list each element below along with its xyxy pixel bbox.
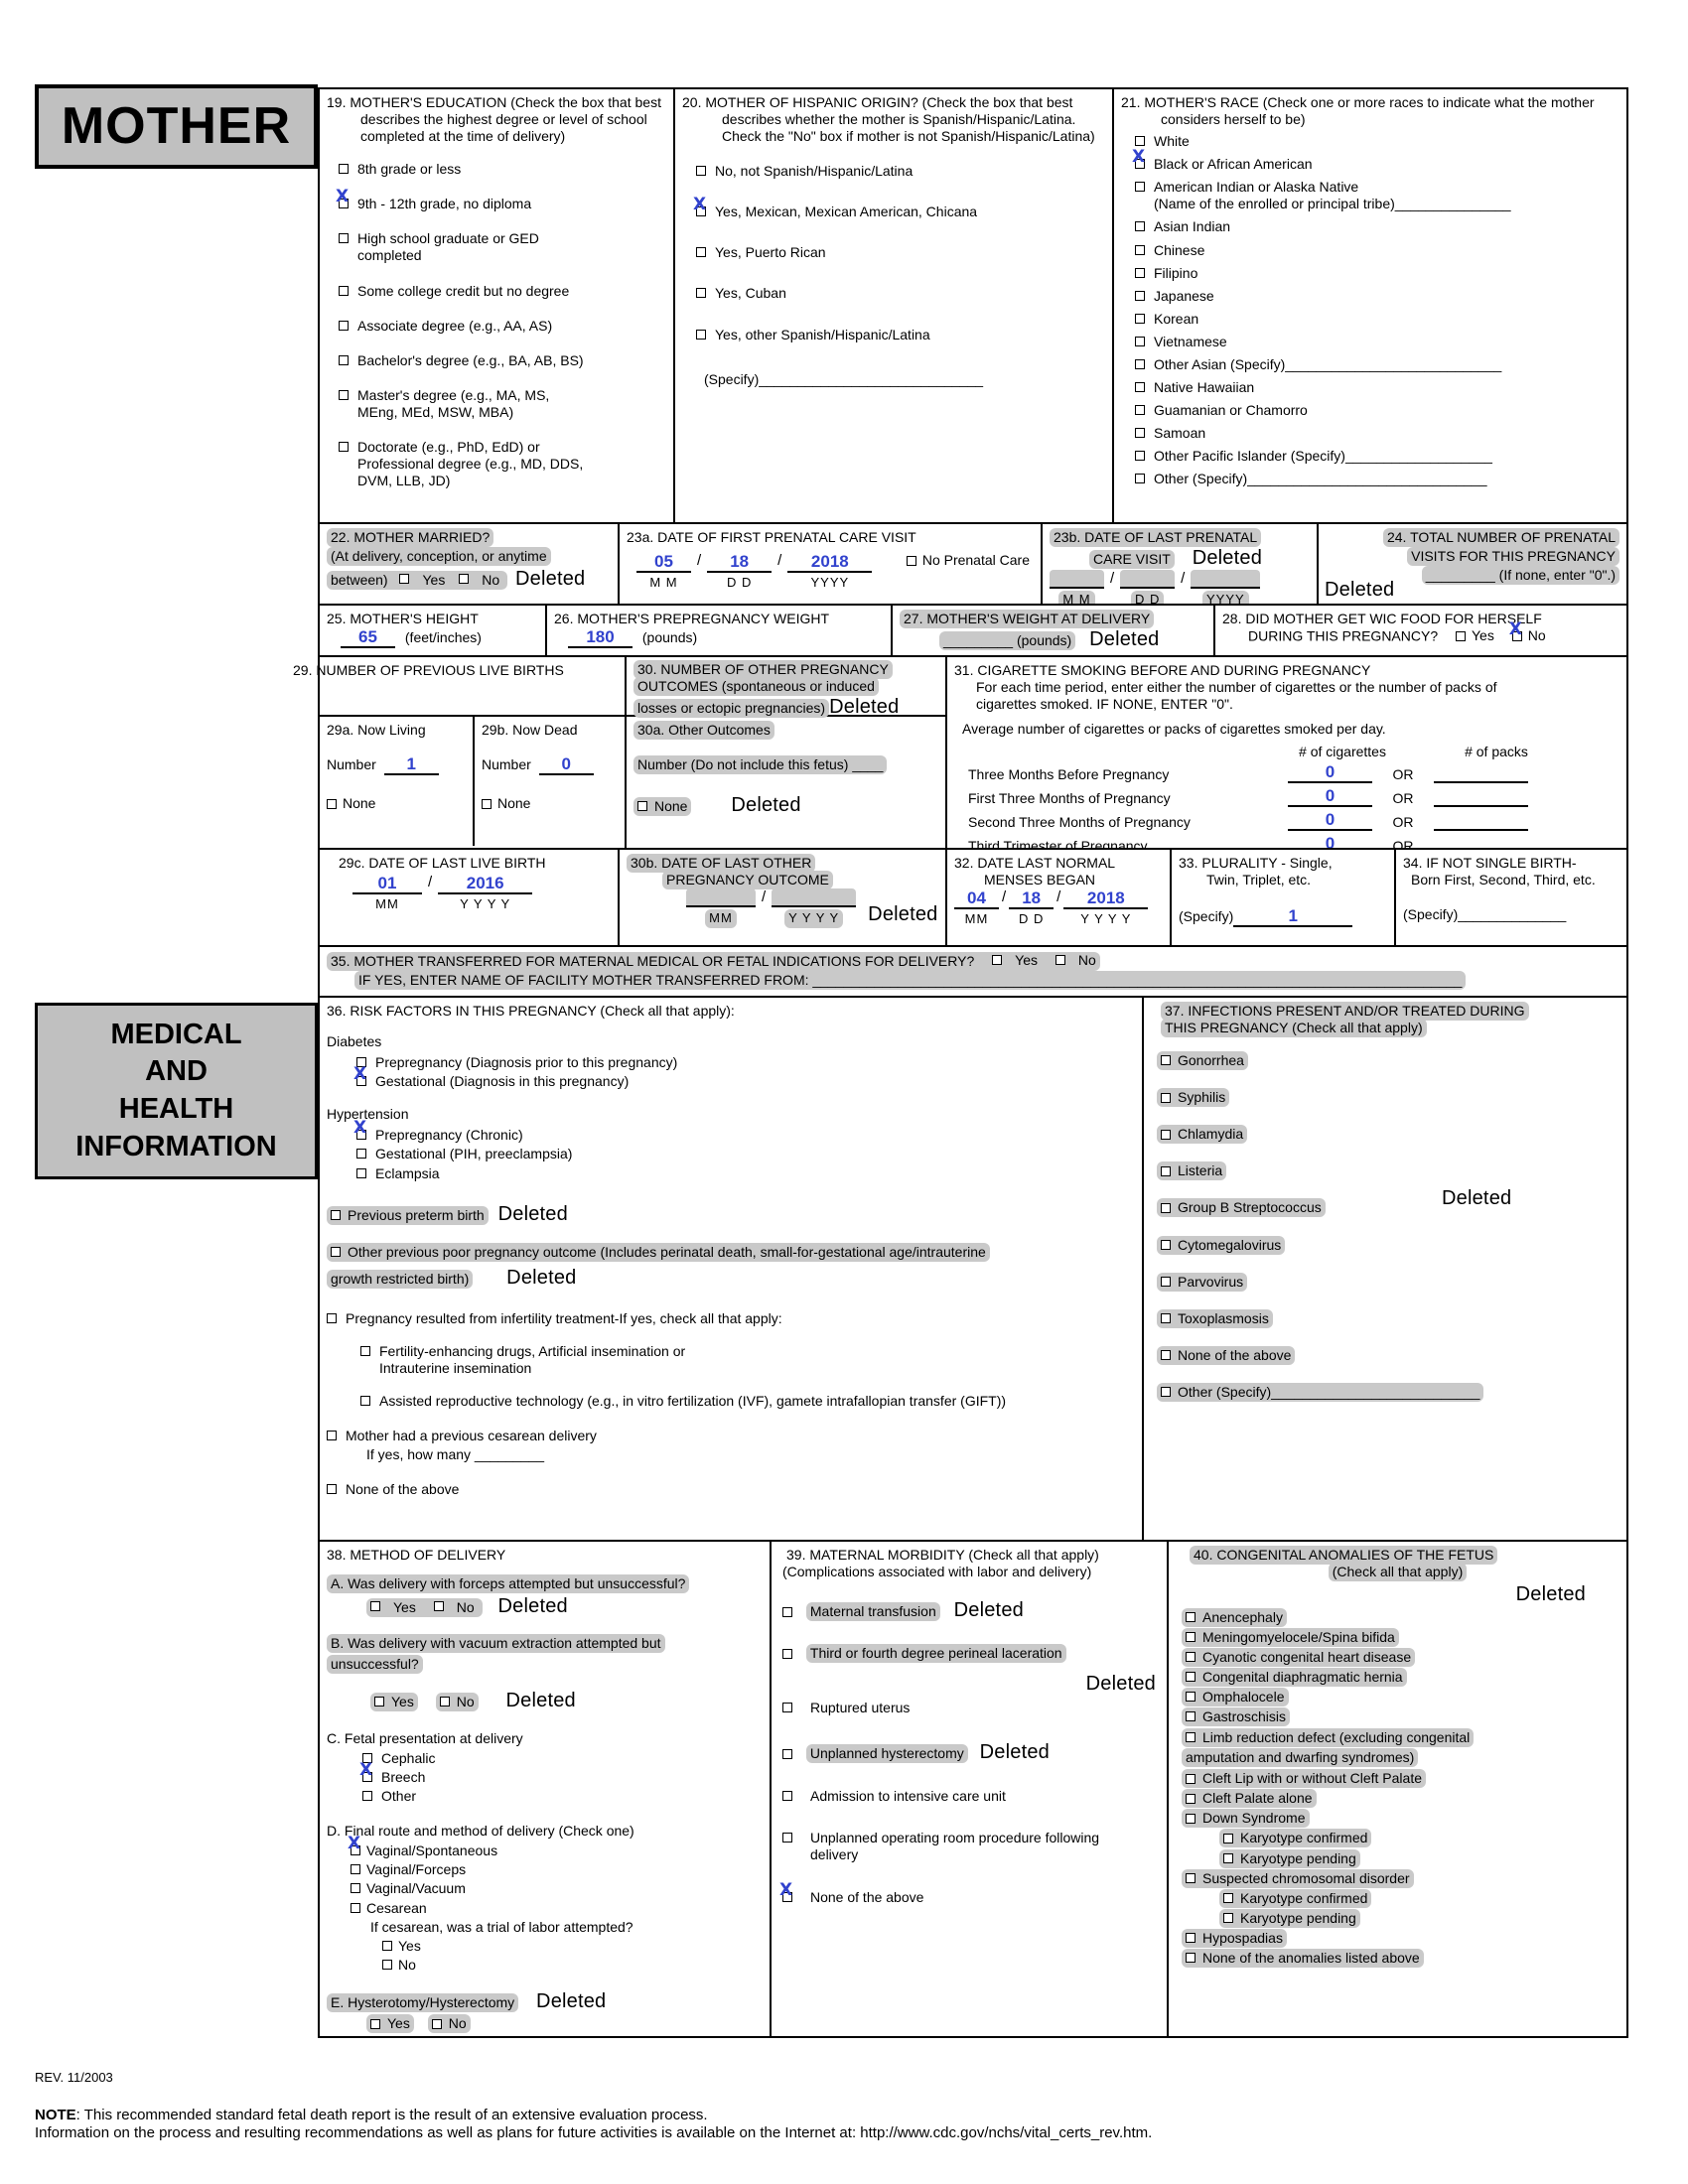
- option-vaginal-forceps: Vaginal/Forceps: [351, 1861, 763, 1878]
- checkbox-down-karyotype-pending[interactable]: [1223, 1853, 1233, 1863]
- checkbox-korean[interactable]: [1135, 314, 1145, 324]
- option-anomalies-none[interactable]: None of the anomalies listed above: [1182, 1949, 1424, 1968]
- checkbox-vacuum-yes[interactable]: [374, 1697, 384, 1706]
- section-28-title: 28. DID MOTHER GET WIC FOOD FOR HERSELF: [1222, 611, 1619, 627]
- checkbox-forceps-no[interactable]: [434, 1601, 444, 1611]
- option-limb-reduction[interactable]: Limb reduction defect (excluding congeni…: [1182, 1728, 1474, 1767]
- checkbox-breech-checked[interactable]: X: [362, 1772, 372, 1782]
- month-field[interactable]: [1050, 570, 1104, 589]
- checkbox-infertility-treatment[interactable]: [327, 1313, 337, 1323]
- checkbox-cuban[interactable]: [696, 288, 706, 298]
- deleted-annotation: Deleted: [506, 1690, 576, 1711]
- option-ruptured-uterus: Ruptured uterus: [782, 1700, 1160, 1716]
- section-25-title: 25. MOTHER'S HEIGHT: [327, 611, 538, 627]
- revision-label: REV. 11/2003: [35, 2070, 113, 2086]
- checkbox-forceps-yes[interactable]: [370, 1601, 380, 1611]
- option-morbidity-none: X None of the above: [782, 1889, 1160, 1906]
- checkbox-down-syndrome[interactable]: [1186, 1814, 1196, 1824]
- check-x-icon: X: [1132, 149, 1145, 166]
- deleted-annotation: Deleted: [778, 1672, 1160, 1696]
- checkbox-white[interactable]: [1135, 136, 1145, 146]
- checkbox-previous-preterm[interactable]: [331, 1210, 341, 1220]
- deleted-annotation: Deleted: [731, 794, 800, 816]
- option-cuban: Yes, Cuban: [696, 285, 1105, 302]
- month-field[interactable]: 04: [954, 888, 999, 909]
- option-doctorate: Doctorate (e.g., PhD, EdD) or Profession…: [339, 439, 666, 489]
- section-32-last-menses: 32. DATE LAST NORMAL MENSES BEGAN 04 MM …: [945, 848, 1172, 947]
- checkbox-unplanned-hysterectomy[interactable]: [782, 1749, 792, 1759]
- checkbox-not-hispanic[interactable]: [696, 166, 706, 176]
- option-unplanned-hysterectomy: Unplanned hysterectomy: [806, 1744, 968, 1763]
- cigarettes-first-field[interactable]: 0: [1288, 786, 1372, 807]
- fetal-death-report-form: MOTHER 19. MOTHER'S EDUCATION (Check the…: [0, 0, 1688, 2184]
- col-header-cigarettes: # of cigarettes: [1288, 744, 1397, 760]
- forceps-yn: Yes No: [366, 1598, 483, 1617]
- section-34-title: 34. IF NOT SINGLE BIRTH-: [1403, 855, 1619, 872]
- option-down-karyotype-pending[interactable]: Karyotype pending: [1219, 1849, 1360, 1868]
- checkbox-chinese[interactable]: [1135, 245, 1145, 255]
- check-x-icon: X: [348, 1836, 360, 1852]
- section-22-mother-married: 22. MOTHER MARRIED? (At delivery, concep…: [318, 522, 620, 606]
- checkbox-cleft-palate[interactable]: [1186, 1794, 1196, 1804]
- checkbox-married-yes[interactable]: [399, 574, 409, 584]
- outcome-month: MM: [686, 888, 756, 928]
- option-assisted-reproductive: Assisted reproductive technology (e.g., …: [360, 1393, 1135, 1410]
- married-yes-option[interactable]: Yes: [399, 572, 445, 589]
- checkbox-gonorrhea[interactable]: [1161, 1055, 1171, 1065]
- option-chromosomal-karyotype-pending[interactable]: Karyotype pending: [1219, 1909, 1360, 1928]
- option-associate-degree: Associate degree (e.g., AA, AS): [339, 318, 666, 335]
- checkbox-trial-no[interactable]: [382, 1960, 392, 1970]
- other-outcomes-number-field[interactable]: Number (Do not include this fetus) ____: [633, 755, 887, 774]
- checkbox-associate-degree[interactable]: [339, 321, 349, 331]
- checkbox-other-outcomes-none[interactable]: [637, 801, 647, 811]
- option-gastroschisis[interactable]: Gastroschisis: [1182, 1707, 1290, 1726]
- deleted-annotation: Deleted: [1176, 1582, 1619, 1606]
- option-infection-none[interactable]: None of the above: [1157, 1346, 1295, 1365]
- section-22-title: 22. MOTHER MARRIED?: [327, 528, 493, 547]
- trial-of-labor-question: If cesarean, was a trial of labor attemp…: [370, 1919, 763, 1936]
- section-23b-last-prenatal-visit: 23b. DATE OF LAST PRENATAL CARE VISIT De…: [1041, 522, 1319, 606]
- option-vaginal-vacuum: Vaginal/Vacuum: [351, 1880, 763, 1897]
- option-race-black: X Black or African American: [1135, 156, 1619, 173]
- wic-yes-option[interactable]: Yes: [1456, 627, 1494, 644]
- section-36-title: 36. RISK FACTORS IN THIS PREGNANCY (Chec…: [327, 1003, 1135, 1020]
- first-visit-month: 05 M M: [636, 552, 691, 591]
- day-field[interactable]: 18: [707, 552, 772, 573]
- checkbox-vaginal-forceps[interactable]: [351, 1864, 360, 1874]
- checkbox-trial-yes[interactable]: [382, 1941, 392, 1951]
- checkbox-transferred-yes[interactable]: [992, 955, 1002, 965]
- checkbox-chromosomal-karyotype-confirmed[interactable]: [1223, 1893, 1233, 1903]
- checkbox-japanese[interactable]: [1135, 291, 1145, 301]
- option-race-chinese: Chinese: [1135, 242, 1619, 259]
- mother-section-label: MOTHER: [62, 95, 291, 158]
- checkbox-8th-grade[interactable]: [339, 164, 349, 174]
- checkbox-chlamydia[interactable]: [1161, 1130, 1171, 1140]
- option-race-japanese: Japanese: [1135, 288, 1619, 305]
- option-down-syndrome[interactable]: Down Syndrome: [1182, 1809, 1310, 1828]
- section-24-title: 24. TOTAL NUMBER OF PRENATAL: [1383, 528, 1619, 547]
- checkbox-chromosomal-disorder[interactable]: [1186, 1873, 1196, 1883]
- cigarettes-second-field[interactable]: 0: [1288, 810, 1372, 831]
- hysterotomy-label: E. Hysterotomy/Hysterectomy: [327, 1993, 518, 2012]
- checkbox-previous-cesarean[interactable]: [327, 1431, 337, 1440]
- checkbox-doctorate[interactable]: [339, 442, 349, 452]
- checkbox-filipino[interactable]: [1135, 268, 1145, 278]
- checkbox-puerto-rican[interactable]: [696, 247, 706, 257]
- checkbox-bachelors-degree[interactable]: [339, 355, 349, 365]
- checkbox-vaginal-spontaneous-checked[interactable]: X: [351, 1845, 360, 1855]
- month-field[interactable]: 01: [352, 874, 422, 894]
- checkbox-anencephaly[interactable]: [1186, 1612, 1196, 1622]
- wic-no-option[interactable]: XNo: [1512, 627, 1546, 644]
- option-other-hispanic: Yes, other Spanish/Hispanic/Latina: [696, 327, 1105, 343]
- option-some-college: Some college credit but no degree: [339, 283, 666, 300]
- section-20-hispanic-origin: 20. MOTHER OF HISPANIC ORIGIN? (Check th…: [673, 87, 1114, 524]
- option-diabetes-gestational: X Gestational (Diagnosis in this pregnan…: [356, 1073, 1135, 1090]
- option-infection-other[interactable]: Other (Specify)_________________________…: [1157, 1383, 1483, 1402]
- checkbox-cesarean-delivery[interactable]: [351, 1903, 360, 1913]
- section-20-title: 20. MOTHER OF HISPANIC ORIGIN? (Check th…: [682, 94, 1105, 145]
- checkbox-samoan[interactable]: [1135, 428, 1145, 438]
- checkbox-other-pacific-islander[interactable]: [1135, 451, 1145, 461]
- checkbox-cytomegalovirus[interactable]: [1161, 1240, 1171, 1250]
- section-26-title: 26. MOTHER'S PREPREGNANCY WEIGHT: [554, 611, 884, 627]
- section-38-title: 38. METHOD OF DELIVERY: [327, 1547, 763, 1564]
- option-chromosomal-disorder[interactable]: Suspected chromosomal disorder: [1182, 1869, 1414, 1888]
- checkbox-eclampsia[interactable]: [356, 1168, 366, 1178]
- day-field[interactable]: 18: [1009, 888, 1054, 909]
- checkbox-diaphragmatic-hernia[interactable]: [1186, 1672, 1196, 1682]
- option-listeria[interactable]: Listeria: [1157, 1161, 1226, 1180]
- check-x-icon: X: [353, 1066, 366, 1083]
- now-dead-field[interactable]: 0: [539, 754, 594, 775]
- outcome-year: Y Y Y Y: [772, 888, 856, 928]
- now-dead-none-option[interactable]: None: [482, 795, 530, 812]
- option-risk-none: None of the above: [327, 1481, 1135, 1498]
- checkbox-wic-yes[interactable]: [1456, 631, 1466, 641]
- checkbox-listeria[interactable]: [1161, 1166, 1171, 1176]
- first-visit-day: 18 D D: [707, 552, 772, 591]
- forceps-yes-option[interactable]: Yes: [370, 1599, 416, 1616]
- option-group-b-strep[interactable]: Group B Streptococcus: [1157, 1198, 1326, 1217]
- checkbox-other-asian[interactable]: [1135, 359, 1145, 369]
- section-29b-now-dead: 29b. Now Dead Number 0 None: [475, 717, 625, 846]
- deleted-annotation: Deleted: [1442, 1186, 1511, 1210]
- now-living-none-option[interactable]: None: [327, 795, 375, 812]
- option-eclampsia: Eclampsia: [356, 1165, 1135, 1182]
- height-field[interactable]: 65: [341, 627, 395, 648]
- checkbox-chromosomal-karyotype-pending[interactable]: [1223, 1913, 1233, 1923]
- option-cleft-lip[interactable]: Cleft Lip with or without Cleft Palate: [1182, 1769, 1426, 1788]
- checkbox-hysterotomy-yes[interactable]: [370, 2019, 380, 2029]
- checkbox-infection-other[interactable]: [1161, 1387, 1171, 1397]
- option-race-samoan: Samoan: [1135, 425, 1619, 442]
- section-28-wic-food: 28. DID MOTHER GET WIC FOOD FOR HERSELF …: [1213, 604, 1628, 657]
- option-spina-bifida[interactable]: Meningomyelocele/Spina bifida: [1182, 1628, 1399, 1647]
- checkbox-married-no[interactable]: [459, 574, 469, 584]
- packs-before-field[interactable]: [1434, 764, 1528, 783]
- hypertension-group-label: Hypertension: [327, 1106, 1135, 1123]
- checkbox-toxoplasmosis[interactable]: [1161, 1313, 1171, 1323]
- checkbox-hysterotomy-no[interactable]: [432, 2019, 442, 2029]
- option-not-hispanic: No, not Spanish/Hispanic/Latina: [696, 163, 1105, 180]
- checkbox-assisted-reproductive[interactable]: [360, 1396, 370, 1406]
- day-field[interactable]: [1120, 570, 1175, 589]
- section-37-title: 37. INFECTIONS PRESENT AND/OR TREATED DU…: [1161, 1002, 1529, 1037]
- checkbox-anomalies-none[interactable]: [1186, 1953, 1196, 1963]
- deleted-annotation: Deleted: [536, 1990, 606, 2012]
- checkbox-guamanian[interactable]: [1135, 405, 1145, 415]
- checkbox-cyanotic-heart[interactable]: [1186, 1652, 1196, 1662]
- section-39-title: 39. MATERNAL MORBIDITY (Check all that a…: [778, 1547, 1160, 1564]
- year-field[interactable]: [772, 888, 856, 907]
- checkbox-now-dead-none[interactable]: [482, 799, 492, 809]
- fetal-presentation-label: C. Fetal presentation at delivery: [327, 1730, 763, 1747]
- deleted-annotation: Deleted: [498, 1203, 568, 1225]
- checkbox-risk-none[interactable]: [327, 1484, 337, 1494]
- checkbox-spina-bifida[interactable]: [1186, 1632, 1196, 1642]
- checkbox-limb-reduction[interactable]: [1186, 1732, 1196, 1742]
- option-hypospadias[interactable]: Hypospadias: [1182, 1929, 1287, 1948]
- checkbox-wic-no-checked[interactable]: X: [1512, 631, 1522, 641]
- packs-second-field[interactable]: [1434, 812, 1528, 831]
- option-trial-no: No: [382, 1957, 763, 1974]
- option-presentation-other: Other: [362, 1788, 763, 1805]
- section-31-cigarette-smoking: 31. CIGARETTE SMOKING BEFORE AND DURING …: [945, 655, 1628, 850]
- section-37-infections: 37. INFECTIONS PRESENT AND/OR TREATED DU…: [1142, 996, 1628, 1542]
- option-bachelors-degree: Bachelor's degree (e.g., BA, AB, BS): [339, 352, 666, 369]
- footer-note: NOTE: This recommended standard fetal de…: [35, 2107, 1653, 2143]
- checkbox-icu-admission[interactable]: [782, 1791, 792, 1801]
- section-24-total-prenatal-visits: 24. TOTAL NUMBER OF PRENATAL VISITS FOR …: [1317, 522, 1628, 606]
- checkbox-vietnamese[interactable]: [1135, 337, 1145, 346]
- section-19-title: 19. MOTHER'S EDUCATION (Check the box th…: [327, 94, 666, 145]
- medical-section-label: MEDICAL AND HEALTH INFORMATION: [75, 1017, 276, 1166]
- option-cleft-palate[interactable]: Cleft Palate alone: [1182, 1789, 1317, 1808]
- hispanic-specify-line[interactable]: (Specify)_____________________________: [704, 371, 1105, 388]
- section-32-title: 32. DATE LAST NORMAL: [954, 855, 1163, 872]
- forceps-question: A. Was delivery with forceps attempted b…: [327, 1574, 689, 1593]
- checkbox-native-hawaiian[interactable]: [1135, 382, 1145, 392]
- option-race-asian-indian: Asian Indian: [1135, 218, 1619, 235]
- year-field[interactable]: 2016: [438, 874, 532, 894]
- plurality-field[interactable]: 1: [1233, 906, 1352, 927]
- option-toxoplasmosis[interactable]: Toxoplasmosis: [1157, 1309, 1273, 1328]
- checkbox-vaginal-vacuum[interactable]: [351, 1883, 360, 1893]
- option-chlamydia[interactable]: Chlamydia: [1157, 1125, 1247, 1144]
- checkbox-transferred-no[interactable]: [1055, 955, 1065, 965]
- option-cytomegalovirus[interactable]: Cytomegalovirus: [1157, 1236, 1285, 1255]
- section-31-title: 31. CIGARETTE SMOKING BEFORE AND DURING …: [954, 662, 1619, 679]
- checkbox-black-checked[interactable]: X: [1135, 159, 1145, 169]
- option-other-poor-outcome[interactable]: Other previous poor pregnancy outcome (I…: [327, 1243, 990, 1289]
- deleted-annotation: Deleted: [980, 1741, 1050, 1763]
- checkbox-mexican-checked[interactable]: X: [696, 206, 706, 216]
- checkbox-race-other[interactable]: [1135, 474, 1145, 483]
- section-35-mother-transferred: 35. MOTHER TRANSFERRED FOR MATERNAL MEDI…: [318, 945, 1628, 998]
- prepregnancy-weight-field[interactable]: 180: [568, 627, 633, 648]
- birth-order-specify-field[interactable]: (Specify)______________: [1403, 906, 1619, 923]
- option-hypertension-gestational: Gestational (PIH, preeclampsia): [356, 1146, 1135, 1162]
- final-route-label: D. Final route and method of delivery (C…: [327, 1823, 763, 1840]
- option-cyanotic-heart[interactable]: Cyanotic congenital heart disease: [1182, 1648, 1415, 1667]
- year-field[interactable]: 2018: [1063, 888, 1148, 909]
- option-parvovirus[interactable]: Parvovirus: [1157, 1273, 1247, 1292]
- option-omphalocele[interactable]: Omphalocele: [1182, 1688, 1289, 1706]
- option-maternal-transfusion: Maternal transfusion: [806, 1602, 940, 1621]
- checkbox-asian-indian[interactable]: [1135, 221, 1145, 231]
- checkbox-ruptured-uterus[interactable]: [782, 1703, 792, 1712]
- checkbox-infection-none[interactable]: [1161, 1350, 1171, 1360]
- check-x-icon: X: [353, 1120, 366, 1137]
- option-high-school: High school graduate or GED completed: [339, 230, 666, 264]
- section-33-plurality: 33. PLURALITY - Single, Twin, Triplet, e…: [1170, 848, 1396, 947]
- option-syphilis[interactable]: Syphilis: [1157, 1088, 1229, 1107]
- month-field[interactable]: [686, 888, 756, 907]
- diabetes-group-label: Diabetes: [327, 1033, 1135, 1050]
- other-outcomes-none-option[interactable]: None: [633, 797, 691, 816]
- first-visit-year: 2018 YYYY: [787, 552, 872, 591]
- option-race-white: White: [1135, 133, 1619, 150]
- last-birth-year: 2016 Y Y Y Y: [438, 874, 532, 912]
- checkbox-unplanned-or-procedure[interactable]: [782, 1833, 792, 1843]
- checkbox-some-college[interactable]: [339, 286, 349, 296]
- checkbox-now-living-none[interactable]: [327, 799, 337, 809]
- checkbox-gastroschisis[interactable]: [1186, 1711, 1196, 1721]
- checkbox-diabetes-gestational-checked[interactable]: X: [356, 1076, 366, 1086]
- checkbox-maternal-transfusion[interactable]: [782, 1607, 792, 1617]
- check-x-icon: X: [1509, 621, 1522, 638]
- option-race-korean: Korean: [1135, 311, 1619, 328]
- option-cephalic: Cephalic: [362, 1750, 763, 1767]
- checkbox-other-hispanic[interactable]: [696, 330, 706, 340]
- option-down-karyotype-confirmed[interactable]: Karyotype confirmed: [1219, 1829, 1371, 1847]
- hysterotomy-no-option[interactable]: No: [428, 2014, 471, 2033]
- checkbox-omphalocele[interactable]: [1186, 1692, 1196, 1702]
- vacuum-no-option[interactable]: No: [436, 1693, 479, 1711]
- delivery-weight-field[interactable]: _________ (pounds): [939, 631, 1075, 650]
- section-21-mothers-race: 21. MOTHER'S RACE (Check one or more rac…: [1112, 87, 1628, 524]
- no-prenatal-care-option[interactable]: No Prenatal Care: [907, 552, 1030, 569]
- section-19-mothers-education: 19. MOTHER'S EDUCATION (Check the box th…: [318, 87, 675, 524]
- cesarean-how-many-field[interactable]: If yes, how many _________: [366, 1446, 1135, 1463]
- section-29-title: 29. NUMBER OF PREVIOUS LIVE BIRTHS: [320, 657, 625, 717]
- vacuum-yes-option[interactable]: Yes: [370, 1693, 418, 1711]
- option-trial-yes: Yes: [382, 1938, 763, 1955]
- option-previous-preterm-birth[interactable]: Previous preterm birth: [327, 1206, 489, 1225]
- checkbox-hypertension-prepregnancy-checked[interactable]: X: [356, 1130, 366, 1140]
- option-8th-grade: 8th grade or less: [339, 161, 666, 178]
- transferred-no-option[interactable]: No: [1055, 952, 1096, 969]
- option-anencephaly[interactable]: Anencephaly: [1182, 1608, 1287, 1627]
- checkbox-perineal-laceration[interactable]: [782, 1649, 792, 1659]
- option-gonorrhea[interactable]: Gonorrhea: [1157, 1051, 1248, 1070]
- month-field[interactable]: 05: [636, 552, 691, 573]
- section-30b-last-other-outcome: 30b. DATE OF LAST OTHER PREGNANCY OUTCOM…: [618, 848, 947, 947]
- deleted-annotation: Deleted: [1089, 628, 1159, 650]
- year-field[interactable]: [1191, 570, 1260, 589]
- checkbox-vacuum-no[interactable]: [440, 1697, 450, 1706]
- section-38-method-of-delivery: 38. METHOD OF DELIVERY A. Was delivery w…: [318, 1540, 772, 2038]
- checkbox-hypertension-gestational[interactable]: [356, 1149, 366, 1159]
- section-36-risk-factors: 36. RISK FACTORS IN THIS PREGNANCY (Chec…: [318, 996, 1144, 1542]
- section-23a-first-prenatal-visit: 23a. DATE OF FIRST PRENATAL CARE VISIT 0…: [618, 522, 1043, 606]
- option-unplanned-or-procedure: Unplanned operating room procedure follo…: [782, 1830, 1160, 1863]
- smoking-row-before: Three Months Before Pregnancy 0 OR: [954, 762, 1619, 783]
- smoking-row-second-three: Second Three Months of Pregnancy 0 OR: [954, 810, 1619, 831]
- option-diaphragmatic-hernia[interactable]: Congenital diaphragmatic hernia: [1182, 1668, 1407, 1687]
- checkbox-fertility-drugs[interactable]: [360, 1346, 370, 1356]
- checkbox-hypospadias[interactable]: [1186, 1933, 1196, 1943]
- forceps-no-option[interactable]: No: [434, 1599, 475, 1616]
- checkbox-down-karyotype-confirmed[interactable]: [1223, 1834, 1233, 1843]
- married-no-option[interactable]: No: [459, 572, 499, 589]
- hysterotomy-yes-option[interactable]: Yes: [366, 2014, 414, 2033]
- option-race-native-hawaiian: Native Hawaiian: [1135, 379, 1619, 396]
- section-29-previous-live-births: 29. NUMBER OF PREVIOUS LIVE BIRTHS 29a. …: [318, 655, 627, 850]
- check-x-icon: X: [693, 197, 706, 213]
- section-29c-title: 29c. DATE OF LAST LIVE BIRTH: [327, 855, 611, 872]
- checkbox-group-b-strep[interactable]: [1161, 1203, 1171, 1213]
- tribe-name-line[interactable]: (Name of the enrolled or principal tribe…: [1154, 196, 1619, 212]
- option-chromosomal-karyotype-confirmed[interactable]: Karyotype confirmed: [1219, 1889, 1371, 1908]
- checkbox-morbidity-none-checked[interactable]: X: [782, 1892, 792, 1902]
- checkbox-no-prenatal-care[interactable]: [907, 556, 916, 566]
- section-39-maternal-morbidity: 39. MATERNAL MORBIDITY (Check all that a…: [770, 1540, 1169, 2038]
- check-x-icon: X: [359, 1762, 372, 1779]
- year-field[interactable]: 2018: [787, 552, 872, 573]
- transfer-facility-field[interactable]: IF YES, ENTER NAME OF FACILITY MOTHER TR…: [354, 971, 1466, 990]
- vacuum-question: B. Was delivery with vacuum extraction a…: [327, 1634, 665, 1674]
- option-race-american-indian: American Indian or Alaska Native: [1135, 179, 1619, 196]
- checkbox-high-school[interactable]: [339, 233, 349, 243]
- option-infertility-treatment: Pregnancy resulted from infertility trea…: [327, 1310, 1135, 1327]
- checkbox-9th-12th-grade-checked[interactable]: X: [339, 199, 349, 208]
- option-race-other-asian: Other Asian (Specify)___________________…: [1135, 356, 1619, 373]
- section-23b-title: 23b. DATE OF LAST PRENATAL: [1050, 528, 1261, 547]
- menses-year: 2018 Y Y Y Y: [1063, 888, 1148, 927]
- deleted-annotation: Deleted: [498, 1595, 568, 1617]
- section-33-title: 33. PLURALITY - Single,: [1179, 855, 1387, 872]
- deleted-annotation: Deleted: [1325, 578, 1394, 602]
- checkbox-masters-degree[interactable]: [339, 390, 349, 400]
- checkbox-other-poor-outcome[interactable]: [331, 1247, 341, 1257]
- section-23a-title: 23a. DATE OF FIRST PRENATAL CARE VISIT: [627, 529, 1034, 546]
- section-22-line3: between) Yes No: [327, 571, 507, 590]
- checkbox-presentation-other[interactable]: [362, 1791, 372, 1801]
- option-masters-degree: Master's degree (e.g., MA, MS, MEng, MEd…: [339, 387, 666, 421]
- section-27-weight-at-delivery: 27. MOTHER'S WEIGHT AT DELIVERY ________…: [891, 604, 1215, 657]
- col-header-packs: # of packs: [1442, 744, 1551, 760]
- packs-first-field[interactable]: [1434, 788, 1528, 807]
- checkbox-cleft-lip[interactable]: [1186, 1774, 1196, 1784]
- deleted-annotation: Deleted: [515, 568, 585, 590]
- section-30a-other-outcomes: 30a. Other Outcomes Number (Do not inclu…: [627, 717, 945, 823]
- checkbox-american-indian[interactable]: [1135, 182, 1145, 192]
- option-race-filipino: Filipino: [1135, 265, 1619, 282]
- transferred-yes-option[interactable]: Yes: [992, 952, 1038, 969]
- now-living-field[interactable]: 1: [384, 754, 439, 775]
- check-x-icon: X: [336, 189, 349, 205]
- option-breech: X Breech: [362, 1769, 763, 1786]
- smoking-row-first-three: First Three Months of Pregnancy 0 OR: [954, 786, 1619, 807]
- checkbox-parvovirus[interactable]: [1161, 1277, 1171, 1287]
- checkbox-syphilis[interactable]: [1161, 1093, 1171, 1103]
- cigarettes-before-field[interactable]: 0: [1288, 762, 1372, 783]
- section-30-other-pregnancy-outcomes: 30. NUMBER OF OTHER PREGNANCY OUTCOMES (…: [625, 655, 947, 850]
